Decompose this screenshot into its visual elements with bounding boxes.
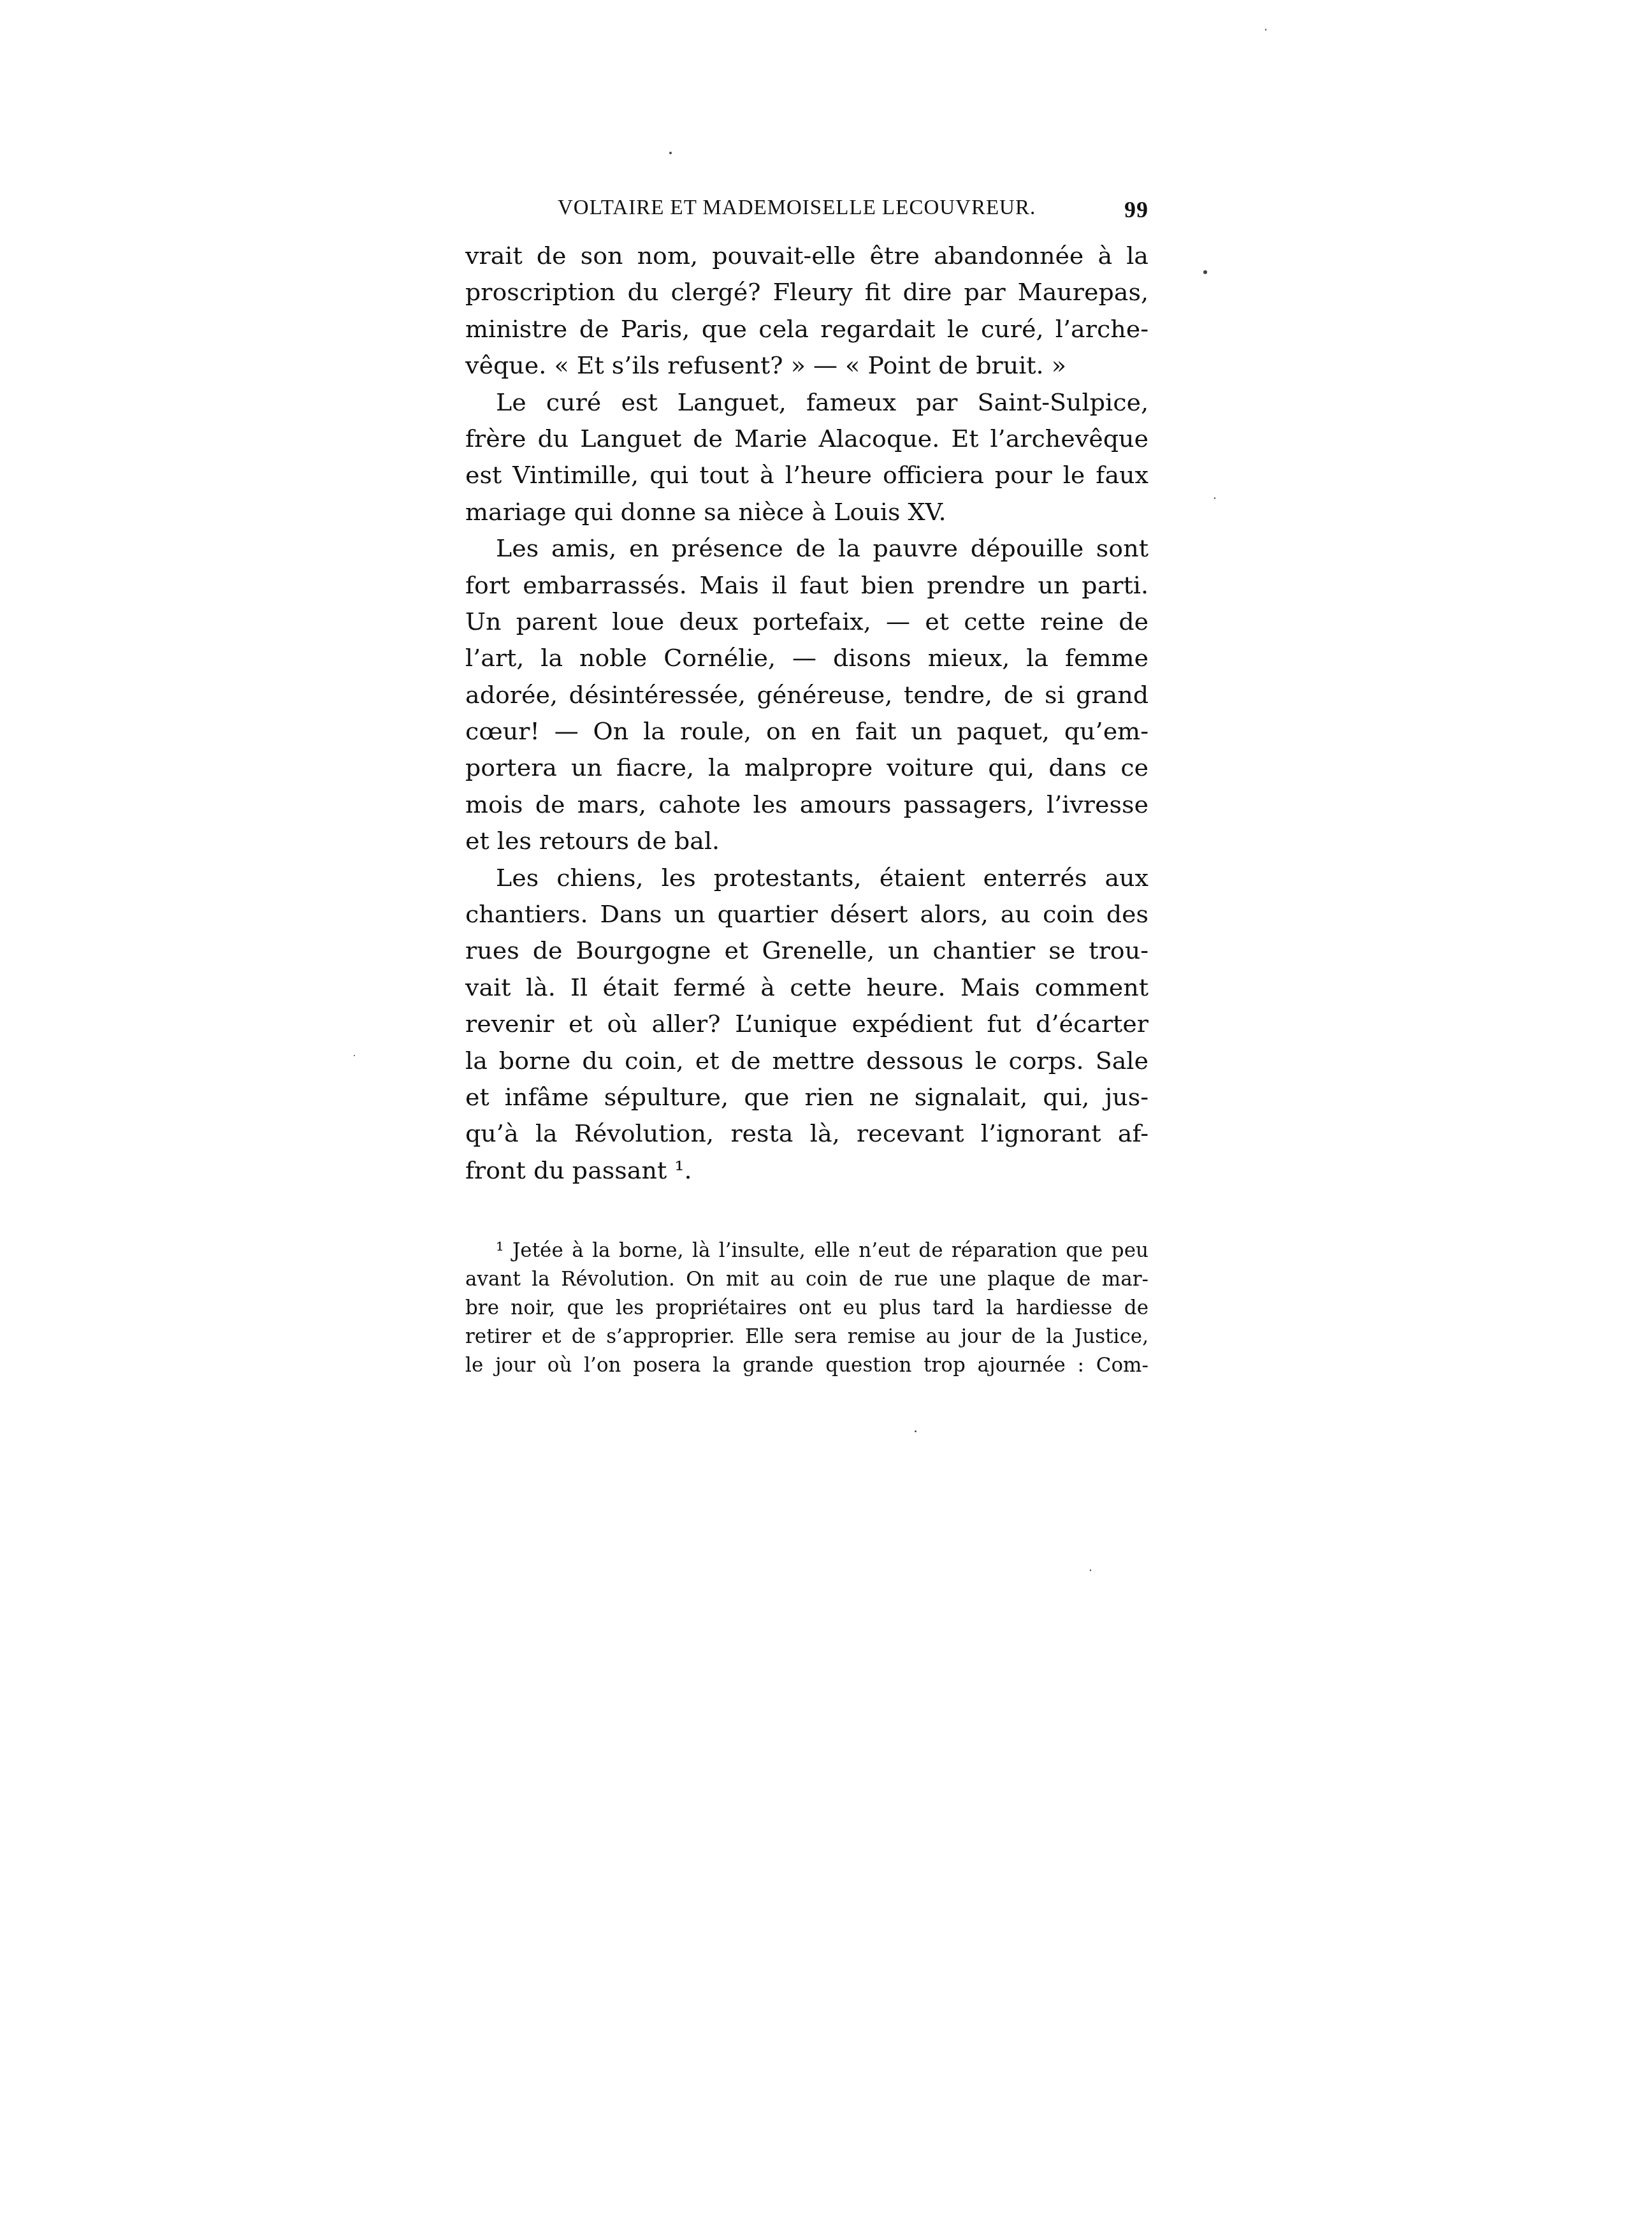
scan-speck	[1203, 270, 1207, 274]
paragraph-start-line: Le curé est Languet, fameux par Saint-Su…	[465, 384, 1148, 421]
book-page: VOLTAIRE ET MADEMOISELLE LECOUVREUR. 99 …	[0, 0, 1652, 2236]
body-line: proscription du clergé? Fleury fit dire …	[465, 274, 1148, 310]
page-number: 99	[1124, 196, 1148, 223]
body-line: et les retours de bal.	[465, 823, 1148, 859]
body-line: cœur! — On la roule, on en fait un paque…	[465, 713, 1148, 750]
footnote: ¹ Jetée à la borne, là l’insulte, elle n…	[465, 1237, 1148, 1380]
body-line: frère du Languet de Marie Alacoque. Et l…	[465, 421, 1148, 457]
body-line: l’art, la noble Cornélie, — disons mieux…	[465, 640, 1148, 676]
body-line: adorée, désintéressée, généreuse, tendre…	[465, 677, 1148, 713]
body-line: rues de Bourgogne et Grenelle, un chanti…	[465, 933, 1148, 969]
scan-speck	[669, 152, 672, 154]
body-line: mois de mars, cahote les amours passager…	[465, 787, 1148, 823]
body-line-with-footnote-ref: front du passant ¹.	[465, 1152, 1148, 1189]
running-head: VOLTAIRE ET MADEMOISELLE LECOUVREUR. 99	[465, 196, 1148, 224]
scan-speck	[1214, 497, 1215, 499]
body-line: la borne du coin, et de mettre dessous l…	[465, 1043, 1148, 1079]
body-line: vait là. Il était fermé à cette heure. M…	[465, 969, 1148, 1006]
body-line: revenir et où aller? L’unique expédient …	[465, 1006, 1148, 1042]
scan-speck	[1090, 1569, 1091, 1571]
footnote-line: avant la Révolution. On mit au coin de r…	[465, 1265, 1148, 1294]
scan-speck	[915, 1430, 917, 1432]
body-line: portera un fiacre, la malpropre voiture …	[465, 750, 1148, 786]
scan-speck	[1265, 29, 1266, 31]
footnote-line: bre noir, que les propriétaires ont eu p…	[465, 1294, 1148, 1323]
paragraph-start-line: Les amis, en présence de la pauvre dépou…	[465, 530, 1148, 567]
running-head-title: VOLTAIRE ET MADEMOISELLE LECOUVREUR.	[558, 196, 1036, 220]
body-line: vrait de son nom, pouvait-elle être aban…	[465, 238, 1148, 274]
body-line: et infâme sépulture, que rien ne signala…	[465, 1079, 1148, 1115]
footnote-line: le jour où l’on posera la grande questio…	[465, 1351, 1148, 1380]
body-line: Un parent loue deux portefaix, — et cett…	[465, 604, 1148, 640]
body-line: fort embarrassés. Mais il faut bien pren…	[465, 567, 1148, 604]
footnote-line: retirer et de s’approprier. Elle sera re…	[465, 1323, 1148, 1351]
body-line: qu’à la Révolution, resta là, recevant l…	[465, 1115, 1148, 1152]
body-line: est Vintimille, qui tout à l’heure offic…	[465, 457, 1148, 493]
body-line: ministre de Paris, que cela regardait le…	[465, 311, 1148, 347]
body-line: chantiers. Dans un quartier désert alors…	[465, 896, 1148, 933]
body-text: vrait de son nom, pouvait-elle être aban…	[465, 238, 1148, 1189]
body-line: vêque. « Et s’ils refusent? » — « Point …	[465, 347, 1148, 384]
paragraph-start-line: Les chiens, les protestants, étaient ent…	[465, 860, 1148, 896]
footnote-line: ¹ Jetée à la borne, là l’insulte, elle n…	[465, 1237, 1148, 1265]
scan-speck	[354, 1055, 355, 1056]
body-line: mariage qui donne sa nièce à Louis XV.	[465, 494, 1148, 530]
